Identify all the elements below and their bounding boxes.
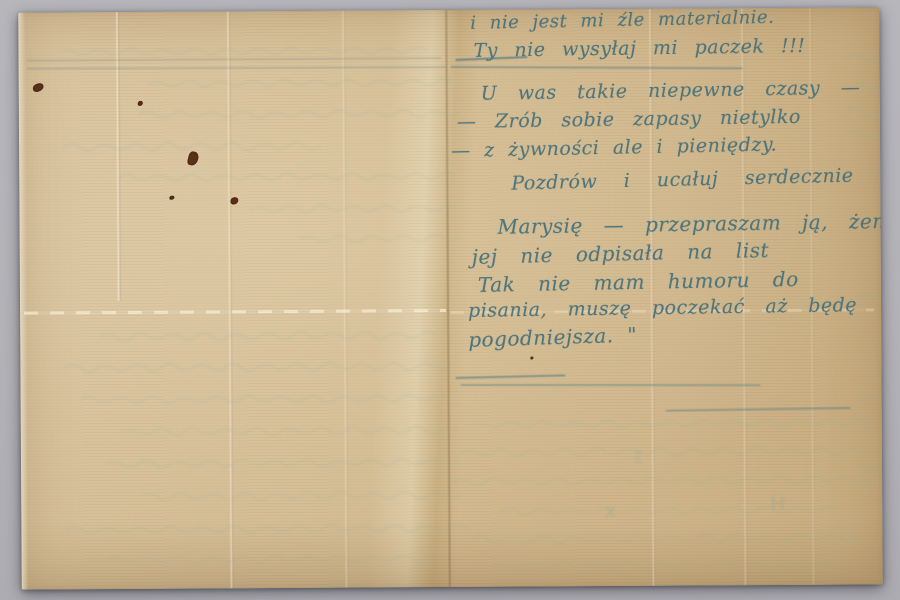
handwriting-line: Tak nie mam humoru do [478, 267, 799, 297]
ink-stain [530, 356, 533, 359]
ink-stain [230, 197, 239, 205]
bleedthrough-stroke [121, 426, 457, 436]
bleedthrough-stroke [861, 395, 883, 401]
ink-stain [138, 101, 143, 106]
bleedthrough-stroke [65, 362, 449, 373]
handwriting-line: — Zrób sobie zapasy nietylko [457, 106, 801, 133]
bleedthrough-stroke [492, 560, 844, 569]
bleedthrough-stroke [119, 173, 455, 182]
ink-stain [169, 196, 174, 200]
ink-stain [32, 82, 45, 93]
impression-line [27, 57, 442, 62]
bleedthrough-stroke [501, 506, 837, 515]
bleedthrough-stroke [100, 331, 436, 341]
handwriting-line: U was takie niepewne czasy — [481, 77, 861, 105]
impression-line [27, 66, 447, 69]
scan-background: { "document": { "type": "handwritten-let… [0, 0, 900, 600]
bleedthrough-stroke [300, 235, 460, 243]
fold-crease-horizontal [24, 309, 446, 315]
bleedthrough-stroke [141, 491, 461, 501]
bleedthrough-stroke [149, 79, 453, 88]
separator-line [455, 374, 565, 379]
bleedthrough-stroke [847, 54, 879, 62]
handwriting-line: pisania, muszę poczekać aż będę [468, 294, 857, 322]
paper-edge-highlight [18, 13, 29, 590]
fold-crease-vertical [115, 12, 122, 301]
bleedthrough-stroke [139, 110, 459, 119]
handwriting-line: jej nie odpisała na list [471, 238, 769, 269]
underline-stroke [451, 66, 743, 69]
handwriting-line: pogodniejsza. " [468, 322, 638, 351]
handwriting-line: Marysię — przepraszam ją, żem [497, 209, 882, 239]
separator-line [461, 384, 761, 386]
bleedthrough-stroke [249, 205, 457, 213]
bleedthrough-stroke [106, 459, 458, 468]
letter-paper: i nie jest mi źle materialnie. Ty nie wy… [18, 7, 883, 589]
separator-line [666, 407, 851, 412]
bleedthrough-stroke [847, 108, 879, 118]
bleedthrough-stroke [471, 533, 855, 544]
bleedthrough-stroke [453, 476, 869, 485]
bleedthrough-stroke [81, 395, 449, 404]
bleedthrough-mark [773, 496, 782, 510]
fold-crease-vertical [341, 11, 350, 588]
bleedthrough-mark [635, 452, 643, 462]
bleedthrough-stroke [857, 464, 883, 471]
handwriting-line: — z żywności ale i pieniędzy. [451, 133, 777, 162]
bleedthrough-mark [606, 507, 614, 517]
bleedthrough-stroke [64, 142, 320, 152]
fold-crease-vertical [226, 11, 235, 588]
ink-stain [187, 151, 200, 167]
center-fold [445, 10, 451, 587]
handwriting-line: Pozdrów i ucałuj serdecznie [511, 165, 854, 195]
bleedthrough-stroke [107, 555, 443, 564]
bleedthrough-stroke [58, 47, 426, 56]
bleedthrough-stroke [858, 295, 883, 300]
bleedthrough-stroke [851, 131, 883, 138]
bleedthrough-stroke [461, 446, 861, 457]
handwriting-line: i nie jest mi źle materialnie. [470, 7, 774, 33]
bleedthrough-stroke [471, 419, 871, 428]
bleedthrough-stroke [66, 524, 466, 533]
